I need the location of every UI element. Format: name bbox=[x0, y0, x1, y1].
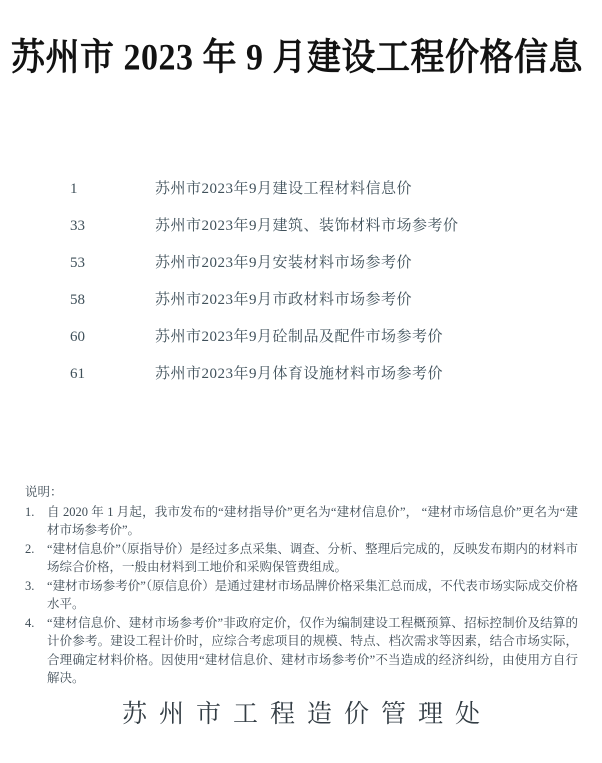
toc-page-number: 33 bbox=[70, 218, 155, 234]
toc-page-number: 61 bbox=[70, 366, 155, 382]
toc-entry-title: 苏州市2023年9月建设工程材料信息价 bbox=[155, 181, 562, 197]
note-number: 3. bbox=[25, 577, 47, 596]
toc-entry-title: 苏州市2023年9月建筑、装饰材料市场参考价 bbox=[155, 218, 562, 234]
toc-entry: 53 苏州市2023年9月安装材料市场参考价 bbox=[70, 255, 562, 271]
toc-entry: 60 苏州市2023年9月砼制品及配件市场参考价 bbox=[70, 329, 562, 345]
notes-section: 说明： 1. 自 2020 年 1 月起，我市发布的“建材指导价”更名为“建材信… bbox=[25, 483, 578, 688]
table-of-contents: 1 苏州市2023年9月建设工程材料信息价 33 苏州市2023年9月建筑、装饰… bbox=[70, 181, 562, 382]
note-number: 4. bbox=[25, 614, 47, 633]
note-number: 1. bbox=[25, 503, 47, 522]
toc-entry-title: 苏州市2023年9月砼制品及配件市场参考价 bbox=[155, 329, 562, 345]
toc-entry-title: 苏州市2023年9月体育设施材料市场参考价 bbox=[155, 366, 562, 382]
toc-entry: 1 苏州市2023年9月建设工程材料信息价 bbox=[70, 181, 562, 197]
toc-page-number: 60 bbox=[70, 329, 155, 345]
toc-entry: 61 苏州市2023年9月体育设施材料市场参考价 bbox=[70, 366, 562, 382]
notes-heading: 说明： bbox=[25, 483, 578, 502]
page-title: 苏州市 2023 年 9 月建设工程价格信息 bbox=[11, 36, 593, 81]
toc-entry: 33 苏州市2023年9月建筑、装饰材料市场参考价 bbox=[70, 218, 562, 234]
document-page: 苏州市 2023 年 9 月建设工程价格信息 1 苏州市2023年9月建设工程材… bbox=[0, 0, 602, 763]
note-item: 4. “建材信息价、建材市场参考价”非政府定价，仅作为编制建设工程概预算、招标控… bbox=[25, 614, 578, 688]
toc-entry-title: 苏州市2023年9月安装材料市场参考价 bbox=[155, 255, 562, 271]
note-number: 2. bbox=[25, 540, 47, 559]
note-text: 自 2020 年 1 月起，我市发布的“建材指导价”更名为“建材信息价”， “建… bbox=[47, 503, 578, 540]
note-text: “建材市场参考价”（原信息价）是通过建材市场品牌价格采集汇总而成，不代表市场实际… bbox=[47, 577, 578, 614]
toc-entry: 58 苏州市2023年9月市政材料市场参考价 bbox=[70, 292, 562, 308]
note-item: 3. “建材市场参考价”（原信息价）是通过建材市场品牌价格采集汇总而成，不代表市… bbox=[25, 577, 578, 614]
note-item: 1. 自 2020 年 1 月起，我市发布的“建材指导价”更名为“建材信息价”，… bbox=[25, 503, 578, 540]
note-item: 2. “建材信息价”（原指导价）是经过多点采集、调查、分析、整理后完成的，反映发… bbox=[25, 540, 578, 577]
note-text: “建材信息价”（原指导价）是经过多点采集、调查、分析、整理后完成的，反映发布期内… bbox=[47, 540, 578, 577]
toc-page-number: 58 bbox=[70, 292, 155, 308]
publisher-footer: 苏州市工程造价管理处 bbox=[0, 700, 602, 730]
toc-page-number: 53 bbox=[70, 255, 155, 271]
toc-page-number: 1 bbox=[70, 181, 155, 197]
note-text: “建材信息价、建材市场参考价”非政府定价，仅作为编制建设工程概预算、招标控制价及… bbox=[47, 614, 578, 688]
toc-entry-title: 苏州市2023年9月市政材料市场参考价 bbox=[155, 292, 562, 308]
